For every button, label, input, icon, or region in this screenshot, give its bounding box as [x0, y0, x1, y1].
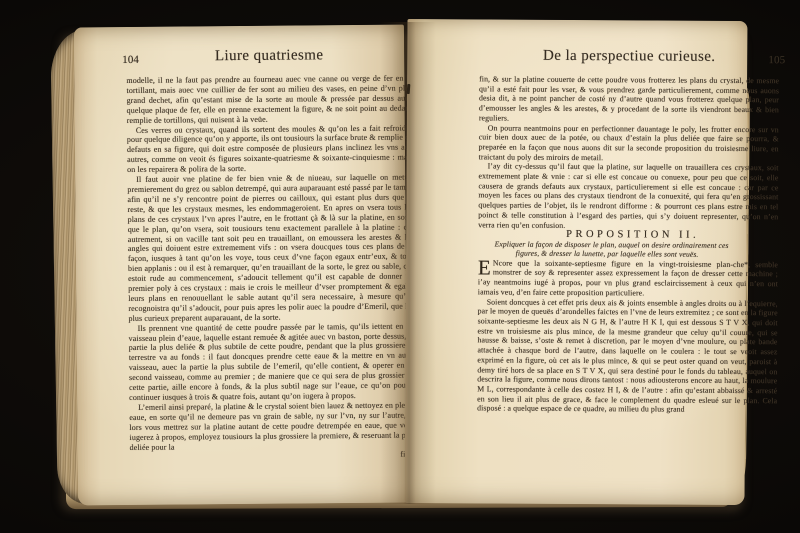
right-paragraph: I’ay dit cy-dessus qu’il faut que la pla… [478, 162, 778, 232]
left-paragraph: Il faut auoir vne platine de fer bien vn… [127, 173, 414, 324]
right-paragraph: On pourra neantmoins pour en perfectionn… [479, 123, 779, 164]
left-running-title: Liure quatriesme [126, 50, 412, 62]
left-page: 104 Liure quatriesme modelle, il ne la f… [74, 25, 408, 506]
right-page: De la perspectiue curieuse. 105 fin, & s… [405, 19, 748, 505]
left-page-number: 104 [122, 56, 139, 66]
left-paragraph: Ces verres ou crystaux, quand ils sorten… [127, 123, 413, 175]
right-running-head: De la perspectiue curieuse. 105 [479, 51, 779, 73]
right-paragraph: fin, & sur la platine couuerte de cette … [479, 74, 779, 124]
drop-cap-paragraph-text: Ncore que la soixante-septiesme figure e… [478, 258, 778, 297]
drop-cap-paragraph: ENcore que la soixante-septiesme figure … [478, 258, 778, 299]
left-page-text-column: 104 Liure quatriesme modelle, il ne la f… [126, 50, 416, 462]
book-gutter-shadow [380, 22, 436, 504]
drop-cap-letter: E [478, 258, 493, 276]
right-running-title: De la perspectiue curieuse. [479, 51, 779, 63]
left-paragraph: modelle, il ne la faut pas prendre au fo… [126, 73, 412, 125]
right-page-text-column: De la perspectiue curieuse. 105 fin, & s… [477, 51, 779, 415]
left-paragraph: Ils prennent vne quantité de cette poudr… [129, 321, 416, 403]
right-page-number: 105 [768, 56, 785, 66]
right-paragraph: Soient doncques à cet effet pris deux ai… [477, 297, 778, 415]
proposition-subtitle: Expliquer la façon de disposer le plan, … [478, 239, 736, 259]
open-book: 104 Liure quatriesme modelle, il ne la f… [50, 16, 750, 514]
left-running-head: 104 Liure quatriesme [126, 50, 412, 72]
photo-background: 104 Liure quatriesme modelle, il ne la f… [0, 0, 800, 533]
left-paragraph: L’emeril ainsi preparé, la platine & le … [129, 400, 415, 452]
